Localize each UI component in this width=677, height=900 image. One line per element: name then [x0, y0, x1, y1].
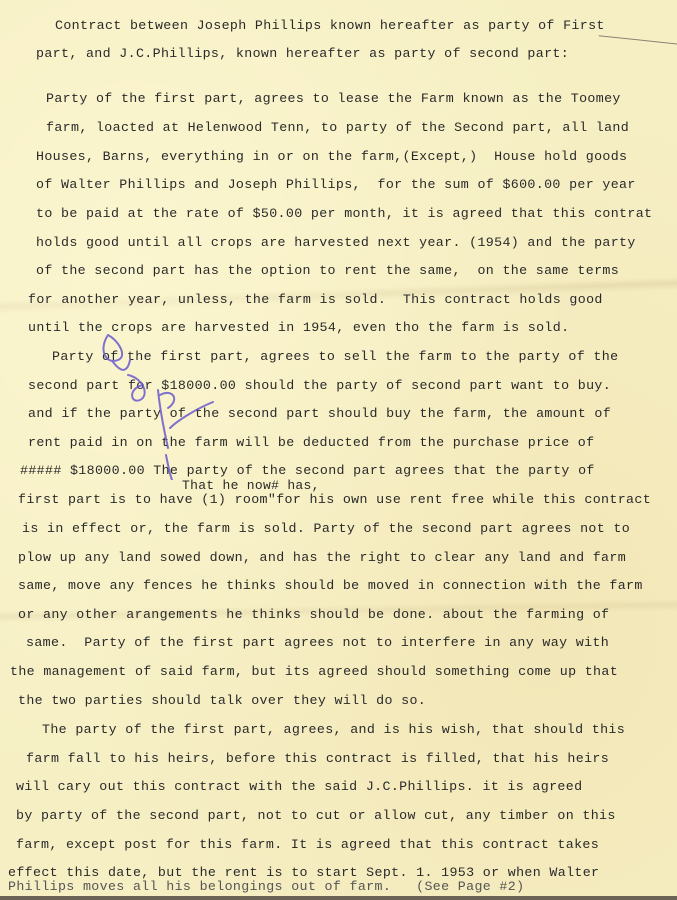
- text-line: is in effect or, the farm is sold. Party…: [22, 521, 630, 537]
- text-line: The party of the first part, agrees, and…: [42, 722, 625, 738]
- text-line: same, move any fences he thinks should b…: [18, 578, 643, 594]
- handwritten-void-annotation: [88, 330, 238, 480]
- text-line: to be paid at the rate of $50.00 per mon…: [36, 206, 652, 222]
- text-line: the two parties should talk over they wi…: [18, 693, 426, 709]
- text-line: Party of the first part, agrees to lease…: [46, 91, 621, 107]
- text-line: of Walter Phillips and Joseph Phillips, …: [36, 177, 636, 193]
- text-line: farm, except post for this farm. It is a…: [16, 837, 599, 853]
- text-line: or any other arangements he thinks shoul…: [18, 607, 609, 623]
- text-line: Houses, Barns, everything in or on the f…: [36, 149, 627, 165]
- interlinear-insert: That he now# has,: [182, 478, 320, 493]
- text-line: first part is to have (1) room"for his o…: [18, 492, 651, 508]
- text-line: for another year, unless, the farm is so…: [28, 292, 603, 308]
- paper-bottom-edge: [0, 896, 677, 900]
- text-line: plow up any land sowed down, and has the…: [18, 550, 626, 566]
- text-line: the management of said farm, but its agr…: [10, 664, 618, 680]
- text-line: holds good until all crops are harvested…: [36, 235, 636, 251]
- text-line: same. Party of the first part agrees not…: [26, 635, 609, 651]
- text-line: Phillips moves all his belongings out of…: [8, 879, 524, 895]
- text-line: farm fall to his heirs, before this cont…: [26, 751, 609, 767]
- text-line: farm, loacted at Helenwood Tenn, to part…: [46, 120, 629, 136]
- paper-fold-mark: [599, 5, 677, 45]
- text-line: will cary out this contract with the sai…: [16, 779, 582, 795]
- text-line: Contract between Joseph Phillips known h…: [55, 18, 605, 34]
- text-line: of the second part has the option to ren…: [36, 263, 619, 279]
- text-line: by party of the second part, not to cut …: [16, 808, 616, 824]
- text-line: part, and J.C.Phillips, known hereafter …: [36, 46, 569, 62]
